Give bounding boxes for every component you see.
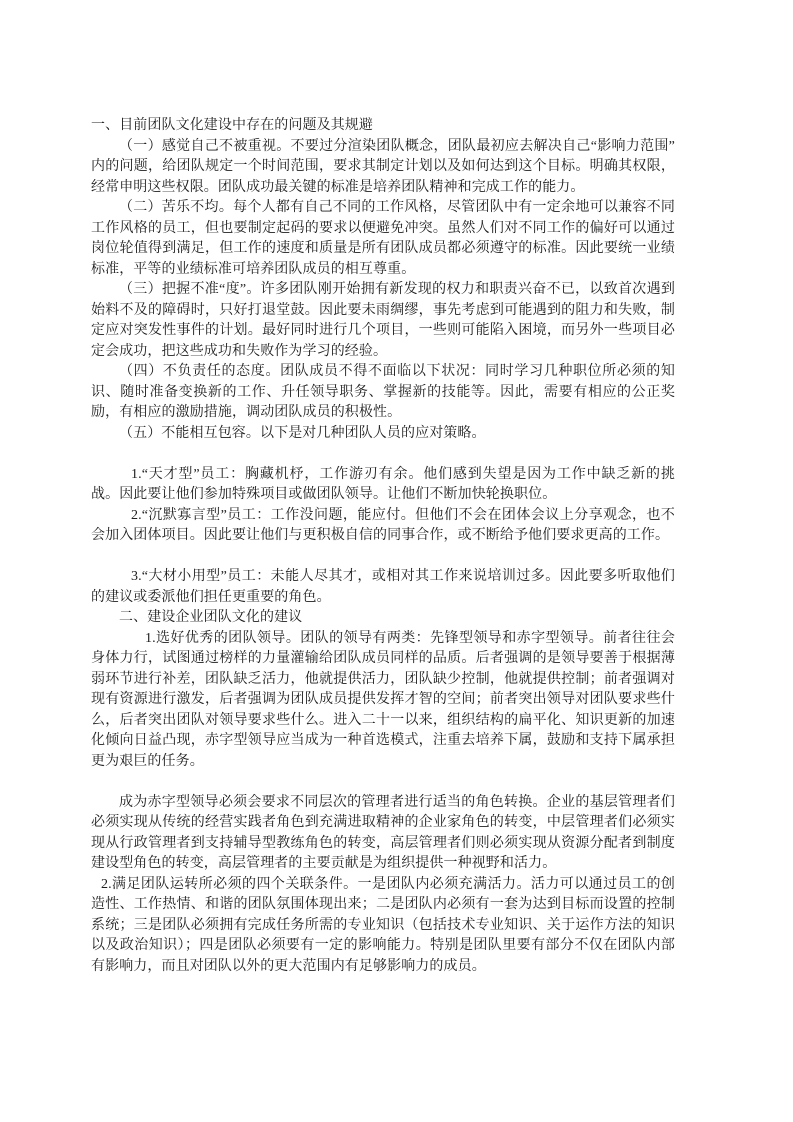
para-role-transition: 成为赤字型领导必须会要求不同层次的管理者进行适当的角色转换。企业的基层管理者们必… [91, 793, 675, 875]
blank-line [91, 547, 675, 568]
document-body: 一、目前团队文化建设中存在的问题及其规避 （一）感觉自己不被重视。不要过分渲染团… [91, 116, 675, 977]
para-employee-type-2: 2.“沉默寡言型”员工：工作没问题，能应付。但他们不会在团体会议上分享观念，也不… [91, 506, 675, 547]
para-issue-4: （四）不负责任的态度。团队成员不得不面临以下状况：同时学习几种职位所必须的知识、… [91, 362, 675, 424]
document-page: 一、目前团队文化建设中存在的问题及其规避 （一）感觉自己不被重视。不要过分渲染团… [0, 0, 793, 1122]
section-2-heading: 二、建设企业团队文化的建议 [91, 608, 675, 629]
para-issue-1: （一）感觉自己不被重视。不要过分渲染团队概念，团队最初应去解决自己“影响力范围”… [91, 137, 675, 199]
blank-line [91, 444, 675, 465]
blank-line [91, 772, 675, 793]
para-issue-5: （五）不能相互包容。以下是对几种团队人员的应对策略。 [91, 424, 675, 445]
section-1-heading: 一、目前团队文化建设中存在的问题及其规避 [91, 116, 675, 137]
para-advice-2-conditions: 2.满足团队运转所必须的四个关联条件。一是团队内必须充满活力。活力可以通过员工的… [91, 875, 675, 978]
para-employee-type-1: 1.“天才型”员工：胸藏机杼，工作游刃有余。他们感到失望是因为工作中缺乏新的挑战… [91, 465, 675, 506]
para-employee-type-3: 3.“大材小用型”员工：未能人尽其才，或相对其工作来说培训过多。因此要多听取他们… [91, 567, 675, 608]
para-issue-3: （三）把握不准“度”。许多团队刚开始拥有新发现的权力和职责兴奋不已，以致首次遇到… [91, 280, 675, 362]
para-advice-1-leaders: 1.选好优秀的团队领导。团队的领导有两类：先锋型领导和赤字型领导。前者往往会身体… [91, 629, 675, 773]
para-issue-2: （二）苦乐不均。每个人都有自己不同的工作风格，尽管团队中有一定余地可以兼容不同工… [91, 198, 675, 280]
